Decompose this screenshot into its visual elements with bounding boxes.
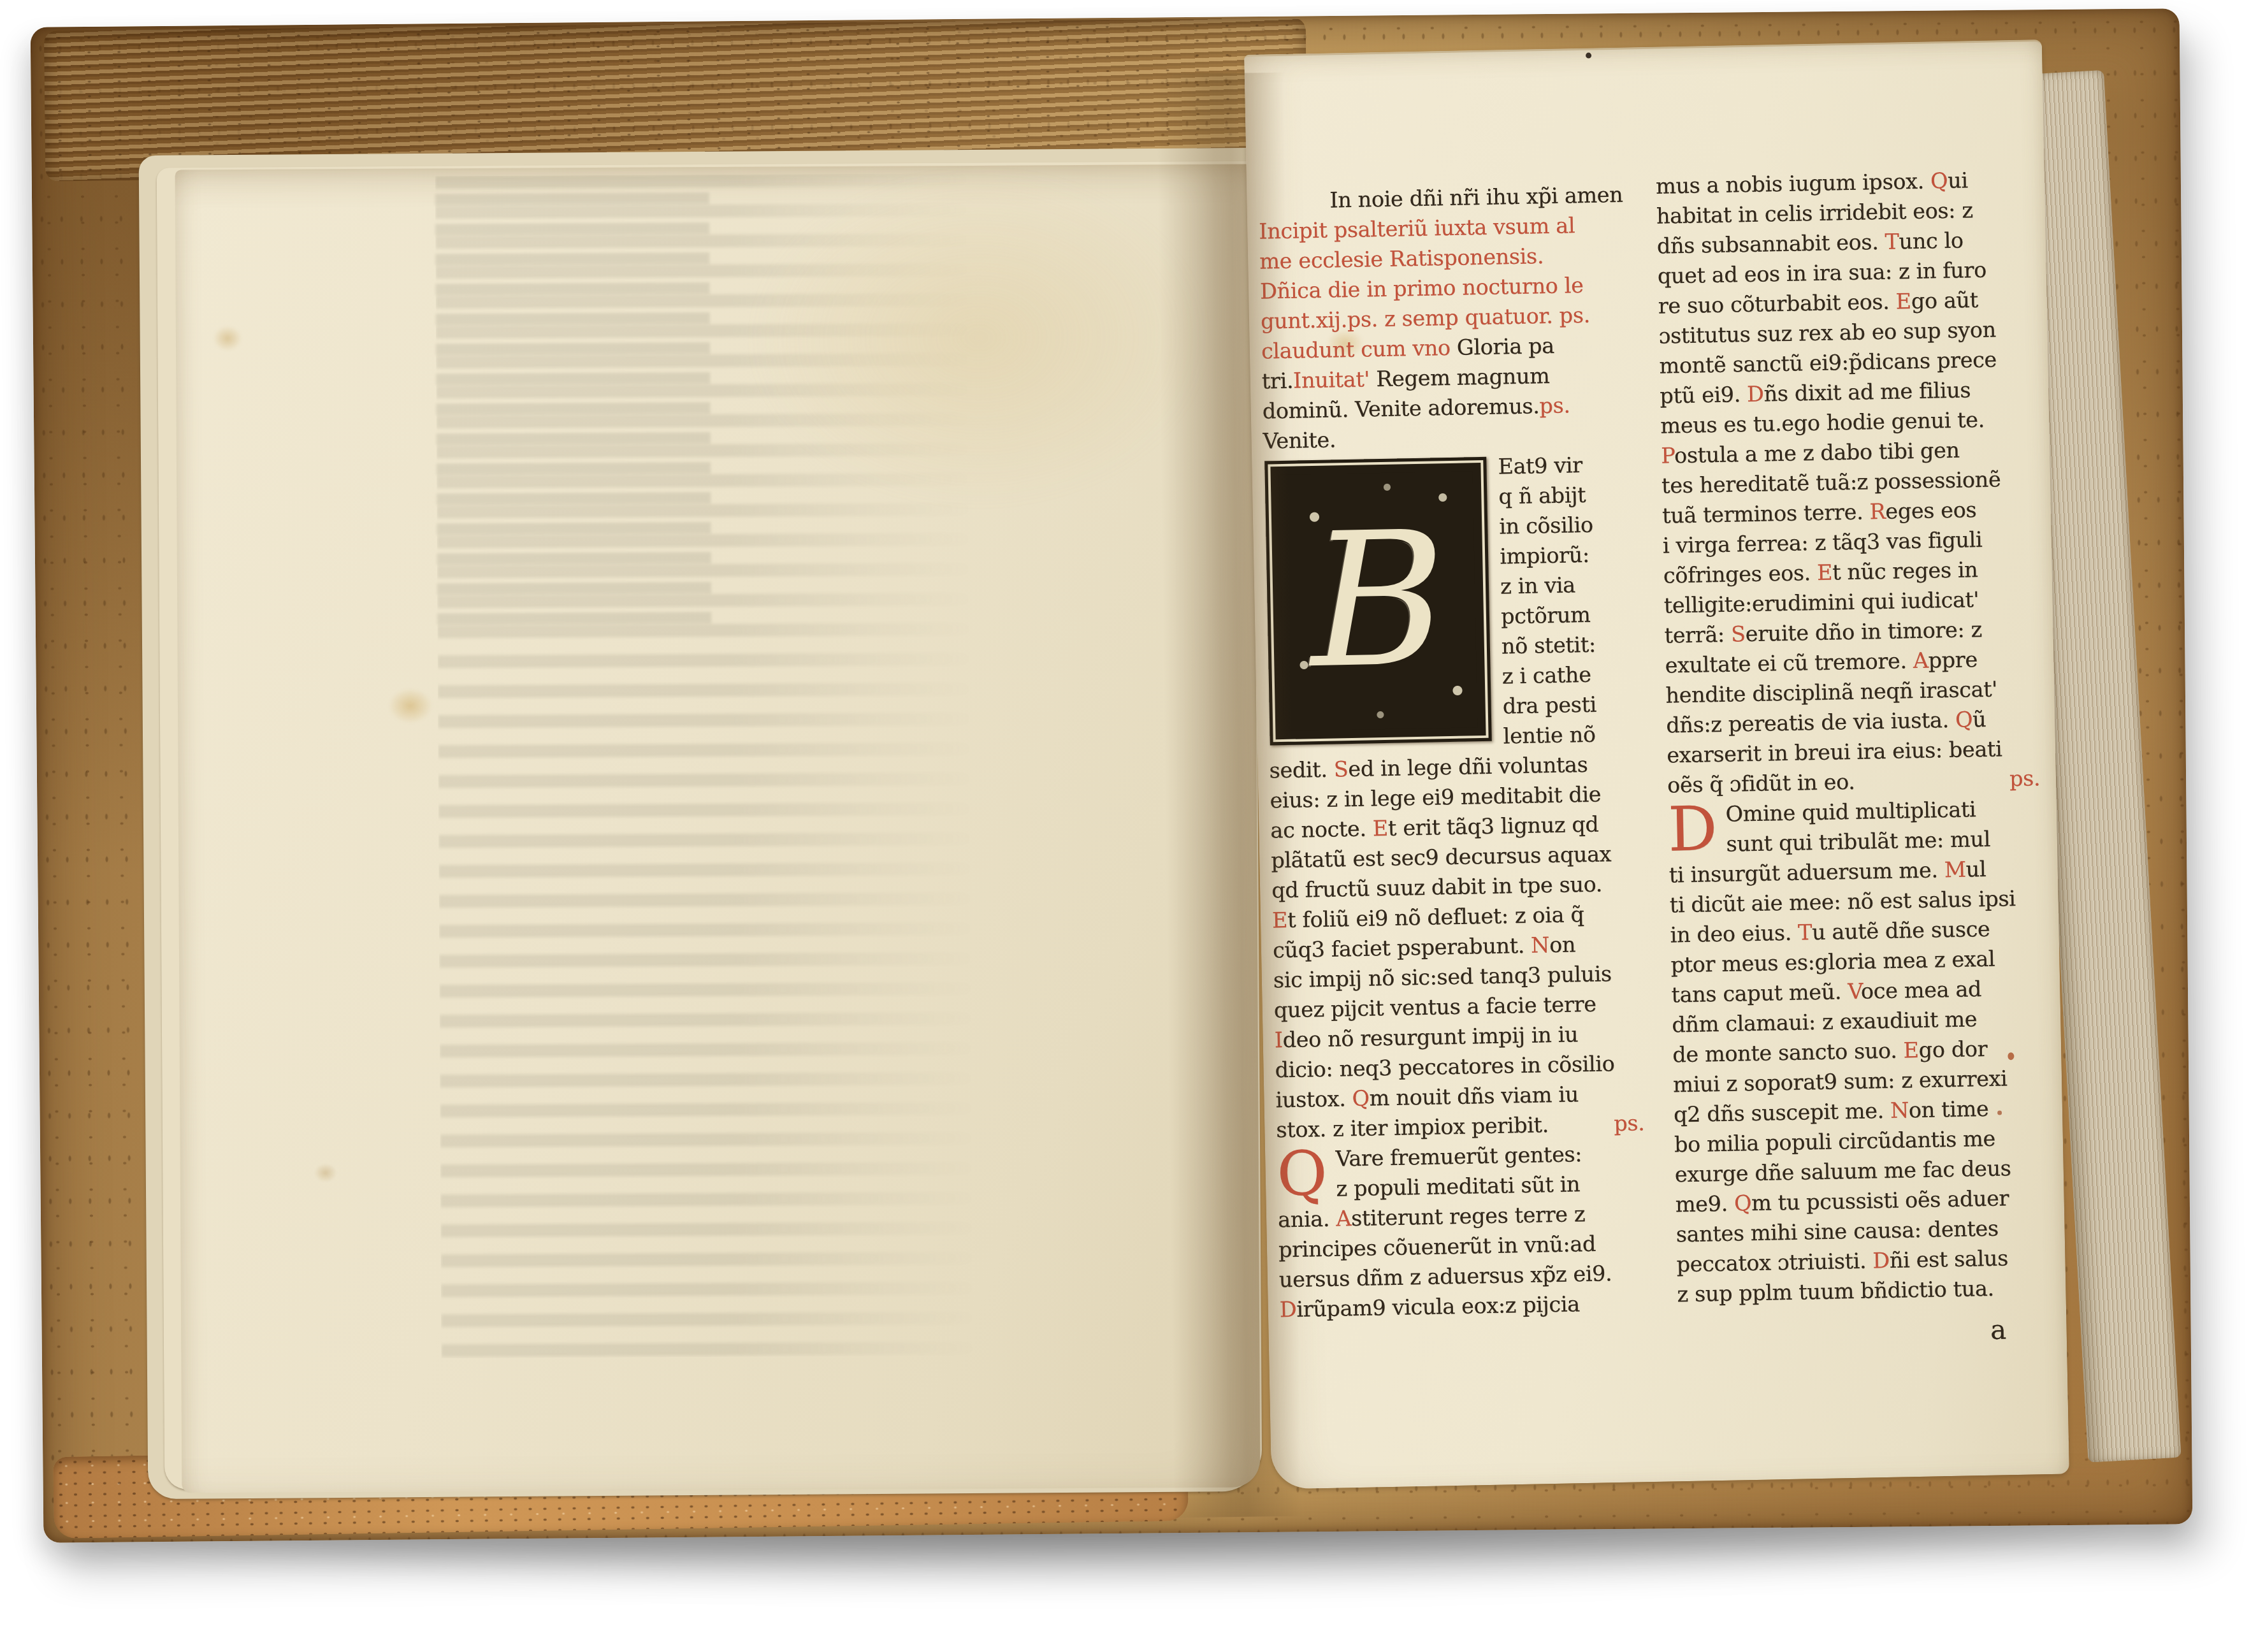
woodcut-letter: B [1308, 507, 1447, 695]
ink-text: z i cathe [1502, 662, 1591, 689]
ink-text: pctõrum [1501, 602, 1591, 629]
rubric-text: Q [1955, 707, 1973, 732]
photo-of-open-incunable-book: In noie dñi nr̃i ihu xp̃i amenIncipit ps… [0, 0, 2265, 1652]
rubric-text: Q [1734, 1191, 1752, 1216]
ink-text: ptor meus es:gloria mea z exal [1670, 946, 1995, 978]
ink-text: ptũ ei9. [1660, 382, 1747, 409]
paper-stain [213, 326, 242, 351]
ink-text: miui z soporat9 sum: z exurrexi [1673, 1066, 2008, 1097]
ink-text: on [1549, 932, 1576, 957]
ink-text: on time [1909, 1096, 1989, 1122]
ink-text: Vare fremuerũt gentes: [1335, 1141, 1582, 1171]
rubric-text: A [1913, 648, 1929, 673]
ink-text: in deo eius. [1670, 920, 1798, 948]
rubric-text: P [1661, 443, 1675, 468]
rubric-text: M [1944, 857, 1966, 882]
ink-text: mus a nobis iugum ipsox. [1656, 168, 1931, 198]
ink-text: re suo cõturbabit eos. [1658, 289, 1896, 318]
rubric-text: claudunt cum vno [1261, 335, 1458, 364]
rubric-text: E [1372, 816, 1388, 841]
ink-text: de monte sancto suo. [1672, 1038, 1904, 1067]
ink-text: eius: z in lege ei9 meditabit die [1270, 781, 1601, 813]
ink-text: impiorũ: [1500, 542, 1589, 569]
rubric-text: ps. [2009, 763, 2040, 793]
rubric-text: Inuitat' [1293, 366, 1377, 393]
ink-text: tuã terminos terre. [1662, 499, 1870, 528]
ink-text: ũ [1972, 707, 1986, 732]
text-column-right: mus a nobis iugum ipsox. Quihabitat in c… [1656, 164, 2052, 1359]
ink-text: ppre [1928, 647, 1978, 672]
drop-cap-D: D [1668, 799, 1726, 858]
ink-text: habitat in celis irridebit eos: z [1656, 198, 1973, 229]
ink-text: ti dicũt aie mee: nõ est salus ipsi [1669, 886, 2015, 917]
ink-text: uersus dñm z aduersus xp̃z ei9. [1279, 1261, 1612, 1292]
ink-text: ostula a me z dabo tibi gen [1674, 438, 1960, 468]
ink-text: oce mea ad [1861, 976, 1982, 1004]
rubric-text: T [1885, 229, 1899, 254]
ink-text: ñi est salus [1889, 1245, 2008, 1273]
ink-text: go dor [1918, 1036, 1987, 1062]
rubric-text: R [1869, 499, 1886, 524]
ink-text: Omine quid multiplicati [1725, 797, 1976, 827]
ink-text: Eat9 vir [1498, 453, 1582, 479]
text-line: z sup pplm tuum bñdictio tua. [1677, 1272, 2050, 1309]
rubric-text: E [1895, 289, 1911, 314]
ink-text: meus es tu.ego hodie genui te. [1660, 407, 1985, 438]
rubric-text: N [1531, 932, 1550, 958]
ink-text: Regem magnum [1376, 363, 1550, 391]
rubric-text: Dñica die in primo nocturno le [1260, 273, 1584, 304]
ink-text: quet ad eos in ira sua: z in furo [1657, 257, 1986, 289]
ink-text: ed in lege dñi voluntas [1348, 752, 1588, 781]
ink-text: cũq3 faciet psperabunt. [1273, 933, 1531, 963]
ink-text: t foliũ ei9 nõ defluet: z oia q̃ [1287, 902, 1584, 932]
ink-text: i virga ferrea: z tãq3 vas figuli [1663, 527, 1983, 558]
ink-text: ti insurgũt aduersum me. [1668, 857, 1944, 887]
rubric-text: ps. [1614, 1108, 1645, 1138]
ink-text: ui [1948, 168, 1968, 193]
ink-text: dñs subsannabit eos. [1657, 229, 1885, 259]
ink-text: terrã: [1664, 622, 1731, 648]
left-page-blank-verso [175, 164, 1261, 1493]
rubric-text: E [1903, 1038, 1919, 1062]
ink-text: tans caput meũ. [1671, 979, 1848, 1007]
woodcut-initial-B: B [1264, 457, 1491, 746]
ink-text: In noie dñi nr̃i ihu xp̃i amen [1329, 182, 1623, 213]
rubric-text: D [1747, 381, 1764, 407]
ink-text: in cõsilio [1499, 512, 1593, 539]
ink-text: sic impij nõ sic:sed tanq3 puluis [1273, 961, 1612, 992]
ink-text: u autẽ dñe susce [1812, 917, 1990, 945]
ink-text: z populi meditati sũt in [1336, 1171, 1580, 1201]
ink-text: cõfringes eos. [1663, 560, 1817, 588]
ink-text: irũpam9 vicula eox:z pijcia [1296, 1291, 1580, 1322]
ink-text: peccatox ɔtriuisti. [1676, 1248, 1873, 1277]
ink-text: q ñ abijt [1498, 482, 1586, 509]
ink-text: montẽ sanctũ ei9:p̃dicans prece [1659, 347, 1997, 378]
rubric-text: S [1731, 621, 1746, 646]
ink-text: Gloria pa [1457, 333, 1555, 360]
bleed-through-text-dense [435, 192, 712, 640]
ink-text: sunt qui tribulãt me: mul [1726, 827, 1990, 857]
ink-text: nõ stetit: [1502, 632, 1596, 659]
rubric-text: Q [1352, 1086, 1370, 1112]
ink-text: qd fructũ suuz dabit in tpe suo. [1271, 871, 1602, 902]
rubric-text: gunt.xij.ps. z semp quatuor. ps. [1261, 303, 1590, 334]
ink-text: stiterunt reges terre z [1351, 1201, 1586, 1231]
ink-text: stox. z iter impiox peribit. [1276, 1112, 1549, 1142]
paper-stain [388, 688, 433, 723]
ink-text: principes cõuenerũt in vnũ:ad [1278, 1231, 1596, 1263]
ink-text: dicio: neq3 peccatores in cõsilio [1275, 1051, 1614, 1082]
rubric-text: E [1817, 560, 1833, 584]
ink-text: me9. [1675, 1191, 1734, 1217]
ink-text: go aũt [1911, 287, 1978, 314]
signature-mark: a [1677, 1310, 2051, 1359]
ink-text: t erit tãq3 lignuz qd [1388, 812, 1599, 841]
ink-text: quez pijcit ventus a facie terre [1273, 992, 1596, 1023]
ink-text: eruite dño in timore: z [1745, 617, 1982, 646]
paper-stain [736, 158, 1222, 518]
ink-text: exultate ei cũ tremore. [1665, 648, 1913, 677]
ink-text: hendite disciplinã neqñ irascat' [1665, 676, 1997, 707]
ink-text: ɔstitutus suz rex ab eo sup syon [1658, 317, 1996, 348]
ink-text: exarserit in breui ira eius: beati [1667, 736, 2002, 767]
ink-text: dñs:z pereatis de via iusta. [1666, 707, 1955, 738]
rubric-text: D [1872, 1248, 1890, 1273]
psalm-opening-group: BEat9 virq ñ abijtin cõsilioimpiorũ:z in… [1263, 449, 1637, 755]
ink-text: tes hereditatẽ tuã:z possessionẽ [1661, 467, 2001, 498]
ink-text: ñs dixit ad me filius [1763, 377, 1971, 406]
psalm-opening-group: QVare fremuerũt gentes:z populi meditati… [1277, 1138, 1646, 1205]
ink-speck [1586, 53, 1591, 59]
gutter-shadow [1156, 73, 1301, 1518]
rubric-text: S [1333, 757, 1348, 781]
ink-text: bo milia populi circũdantis me [1674, 1126, 1996, 1157]
rubric-text: A [1336, 1206, 1352, 1231]
paper-stain [314, 1163, 337, 1182]
ink-text: santes mihi sine causa: dentes [1675, 1216, 1999, 1247]
ink-text: oẽs q̃ ɔfidũt in eo. [1667, 769, 1855, 798]
ink-text: dra pesti [1502, 692, 1596, 719]
ink-text: plãtatũ est sec9 decursus aquax [1271, 841, 1611, 873]
rubric-text: ps. [1539, 393, 1570, 418]
rubric-text: V [1848, 979, 1861, 1004]
ink-text: deo nõ resurgunt impij in iu [1282, 1022, 1578, 1052]
ink-text: dñm clamaui: z exaudiuit me [1672, 1006, 1977, 1037]
ink-text: a [1990, 1314, 2007, 1345]
rubric-text: Incipit psalteriũ iuxta vsum al [1259, 213, 1575, 244]
ink-text: z sup pplm tuum bñdictio tua. [1677, 1276, 1994, 1307]
ink-text: dominũ. Venite adoremus. [1262, 393, 1539, 423]
ink-text: telligite:erudimini qui iudicat' [1663, 587, 1979, 618]
ink-text: m nouit dñs viam iu [1369, 1082, 1579, 1110]
ink-text: m tu pcussisti oẽs aduer [1751, 1185, 2009, 1215]
rubric-text: me ecclesie Ratisponensis. [1259, 243, 1544, 274]
ink-text: eges eos [1885, 497, 1977, 524]
rubric-text: N [1890, 1098, 1909, 1123]
ink-text: exurge dñe saluum me fac deus [1674, 1156, 2011, 1187]
text-column-left: In noie dñi nr̃i ihu xp̃i amenIncipit ps… [1258, 180, 1648, 1325]
psalm-opening-group: DOmine quid multiplicatisunt qui tribulã… [1668, 793, 2042, 860]
ink-text: q2 dñs suscepit me. [1674, 1098, 1891, 1127]
right-page-psalter-text: In noie dñi nr̃i ihu xp̃i amenIncipit ps… [1244, 40, 2069, 1489]
ink-text: unc lo [1899, 228, 1964, 254]
ink-text: lentie nõ [1503, 722, 1596, 749]
rubric-text: T [1798, 920, 1813, 945]
ink-text: t nũc reges in [1832, 557, 1978, 584]
text-line: Dirũpam9 vicula eox:z pijcia [1279, 1287, 1648, 1324]
ink-text: z in via [1500, 572, 1575, 598]
rubric-text: Q [1930, 168, 1948, 194]
ink-text: ul [1965, 857, 1986, 882]
